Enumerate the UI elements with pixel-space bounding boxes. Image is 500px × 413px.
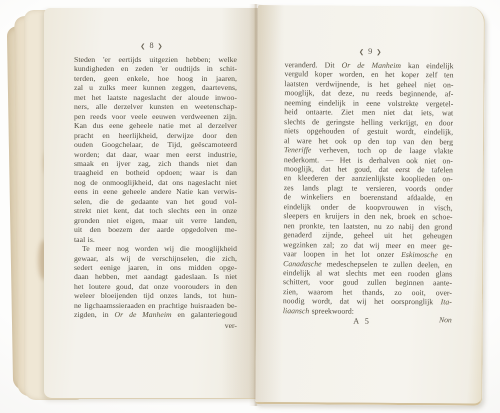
text-line: daan hebben, met aandagt gadeslaan. Is n… bbox=[74, 272, 237, 281]
right-page-header: ❮9❯ bbox=[258, 46, 484, 57]
book-photo: ❮8❯ Steden 'er eertijds uitgezien hebben… bbox=[0, 0, 500, 413]
text-line: zigden, in Or de Manheim en galanteriego… bbox=[74, 310, 237, 319]
left-page-number: 8 bbox=[149, 41, 154, 50]
ornament-left-icon: ❮ bbox=[359, 48, 365, 55]
text-line: Teneriffe verheven, toch op de laage vla… bbox=[284, 145, 453, 156]
text-line: gronden niet eigen, maar uit verre lande… bbox=[74, 216, 237, 225]
text-line: kundigheden en zeden 'er oudtijds in sch… bbox=[74, 64, 237, 73]
text-line: traagheid en botheid opdoen; waar is dan bbox=[74, 168, 237, 177]
text-line: taal is. bbox=[74, 235, 237, 244]
text-line: gewaar, als wij de verschijnselen, die z… bbox=[74, 254, 237, 263]
text-line: ners, alle derzelver kunsten en weetensc… bbox=[74, 102, 237, 111]
text-line: Steden 'er eertijds uitgezien hebben; we… bbox=[74, 55, 237, 64]
left-page-text: Steden 'er eertijds uitgezien hebben; we… bbox=[44, 55, 260, 320]
left-page-header: ❮8❯ bbox=[44, 41, 260, 50]
right-page-number: 9 bbox=[368, 47, 373, 56]
text-line: worden; dat daar, waar men eerst industr… bbox=[74, 150, 237, 159]
text-line: ouden Googchelaar, de Tijd, geëscamoteer… bbox=[74, 140, 237, 149]
ornament-right-icon: ❯ bbox=[158, 43, 164, 50]
text-line: smaak en ijver zag, zich thands niet dan bbox=[74, 159, 237, 168]
text-line: strekt niet kent, dat toch slechts een i… bbox=[74, 206, 237, 215]
text-line: zal u zulks meer kunnen zeggen, daarteve… bbox=[74, 83, 237, 92]
ornament-left-icon: ❮ bbox=[140, 43, 146, 50]
text-line: sedert eenige jaaren, in ons midden opge… bbox=[74, 263, 237, 272]
text-line: selen, die de gedaante van het goud vol- bbox=[74, 197, 237, 206]
text-line: pen reeds voor veele eeuwen verdweenen z… bbox=[74, 112, 237, 121]
catchword: Non bbox=[439, 316, 452, 325]
text-line: ne ligchaamssieraaden en prachtige huisr… bbox=[74, 301, 237, 310]
text-line: weleer bloeijenden tijd onzes lands, tot… bbox=[74, 291, 237, 300]
text-line: eens in eene geheele andere Natie kan ve… bbox=[74, 187, 237, 196]
left-catchword-row: ver- bbox=[44, 321, 260, 333]
text-line: uit den boezem der aarde opgedolven me- bbox=[74, 225, 237, 234]
text-line: terden, geen enkele, hoe hoog in jaaren, bbox=[74, 74, 237, 83]
catchword: ver- bbox=[225, 321, 237, 330]
text-line: Kan dus eene geheele natie met al derzel… bbox=[74, 121, 237, 130]
text-line: het loutere goud, dat onze voorouders in… bbox=[74, 282, 237, 291]
left-page: ❮8❯ Steden 'er eertijds uitgezien hebben… bbox=[44, 8, 260, 399]
text-line: nog de onmooglijkheid, dat ons nageslach… bbox=[74, 178, 237, 187]
signature-mark: A 5 bbox=[353, 317, 371, 326]
ornament-right-icon: ❯ bbox=[376, 48, 382, 55]
right-page-text: veranderd. Dit Or de Manheim kan eindeli… bbox=[256, 60, 484, 317]
right-page: ❮9❯ veranderd. Dit Or de Manheim kan ein… bbox=[255, 5, 485, 406]
text-line: liaansch spreekwoord: bbox=[283, 306, 452, 317]
text-line: pracht en heerlijkheid, derwijze door de… bbox=[74, 131, 237, 140]
text-line: Te meer nog worden wij die mooglijkheid bbox=[74, 244, 237, 253]
text-line: met het laatste nageslacht der aloude in… bbox=[74, 93, 237, 102]
right-signature-row: A 5 Non bbox=[256, 316, 482, 330]
